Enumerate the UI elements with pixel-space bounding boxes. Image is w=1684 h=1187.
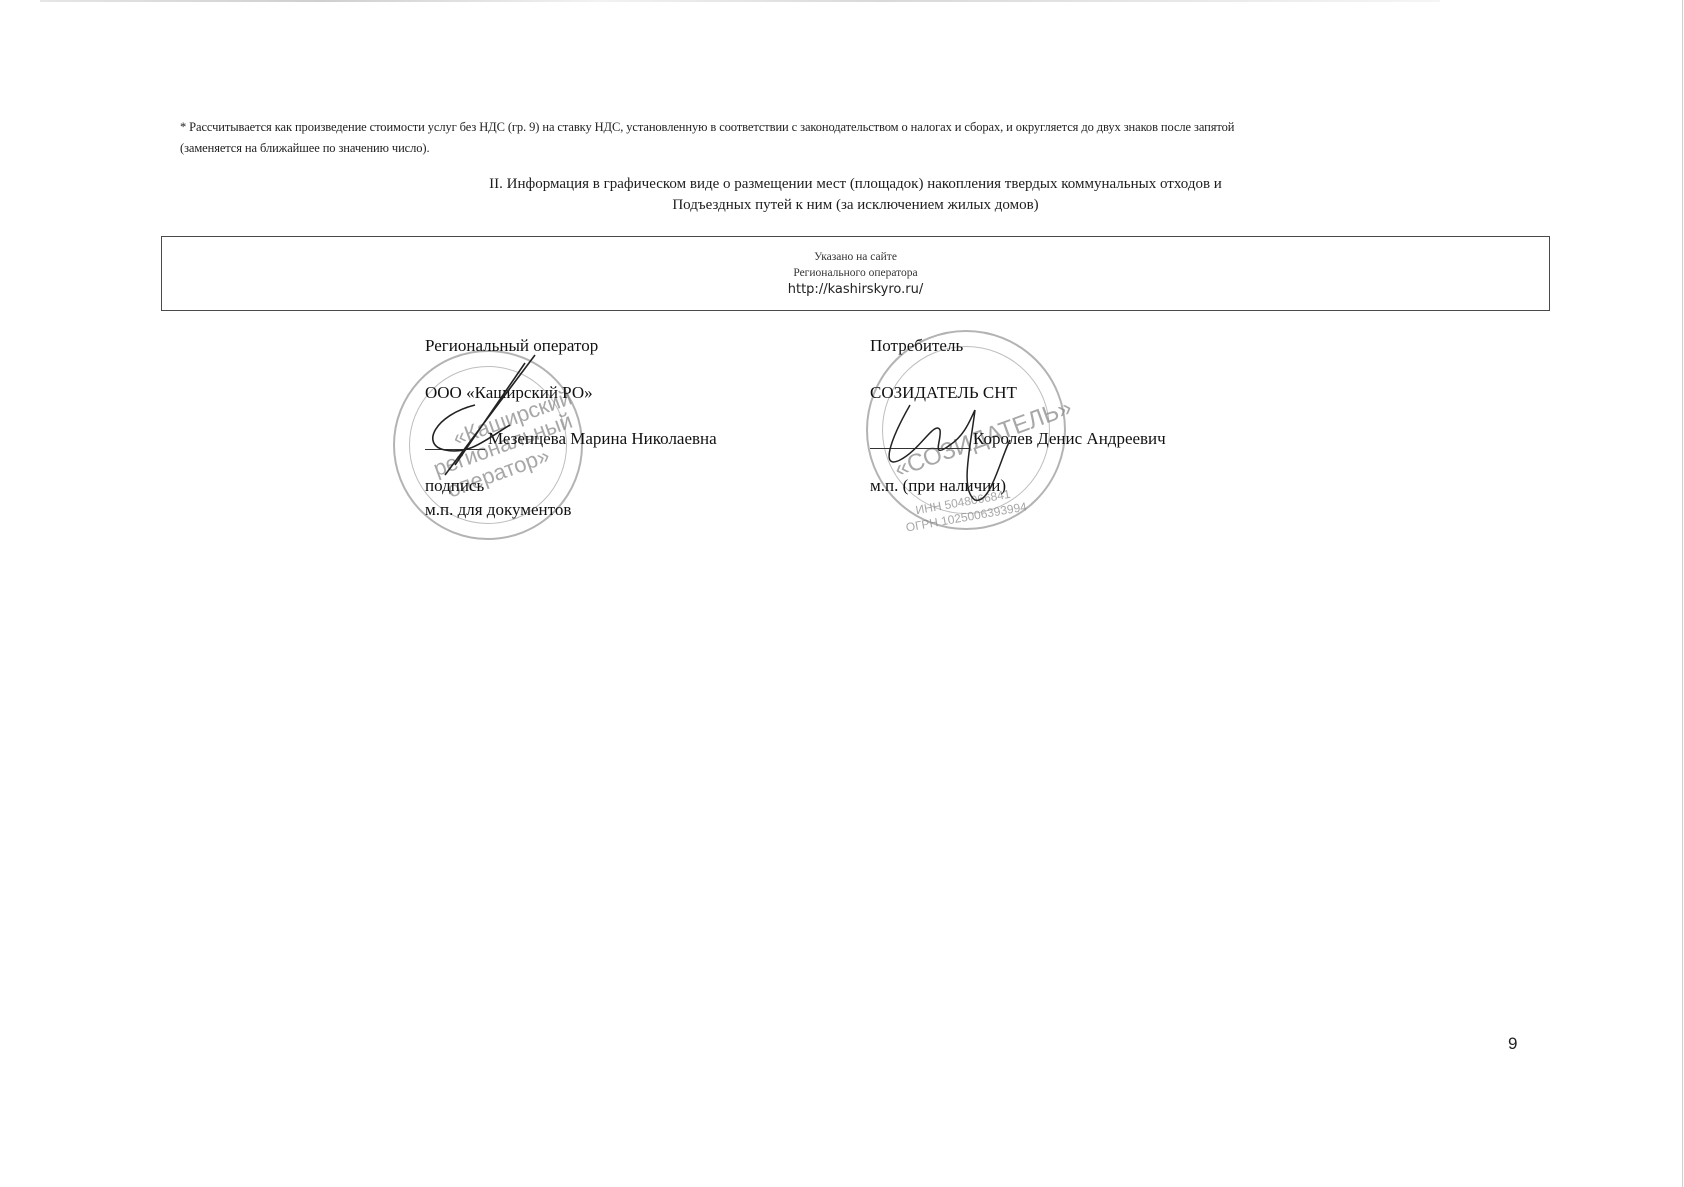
operator-signature-icon: [415, 345, 575, 485]
section-title-line-2: Подъездных путей к ним (за исключением ж…: [160, 195, 1551, 216]
section-title: II. Информация в графическом виде о разм…: [160, 174, 1551, 216]
consumer-role: Потребитель: [870, 336, 963, 356]
info-box: Указано на сайте Регионального оператора…: [161, 236, 1550, 311]
page-number: 9: [1508, 1034, 1517, 1054]
operator-website-link[interactable]: http://kashirskyro.ru/: [162, 281, 1549, 299]
footnote-line-2: (заменяется на ближайшее по значению чис…: [180, 138, 1510, 159]
info-box-line-1: Указано на сайте: [162, 249, 1549, 265]
footnote-line-1: * Рассчитывается как произведение стоимо…: [180, 117, 1510, 138]
scan-edge-right: [1682, 0, 1683, 1187]
operator-seal-label: м.п. для документов: [425, 500, 571, 520]
info-box-line-2: Регионального оператора: [162, 265, 1549, 281]
scan-edge-top: [40, 0, 1440, 2]
section-title-line-1: II. Информация в графическом виде о разм…: [160, 174, 1551, 195]
footnote: * Рассчитывается как произведение стоимо…: [180, 117, 1510, 159]
consumer-signature-icon: [880, 400, 1020, 510]
